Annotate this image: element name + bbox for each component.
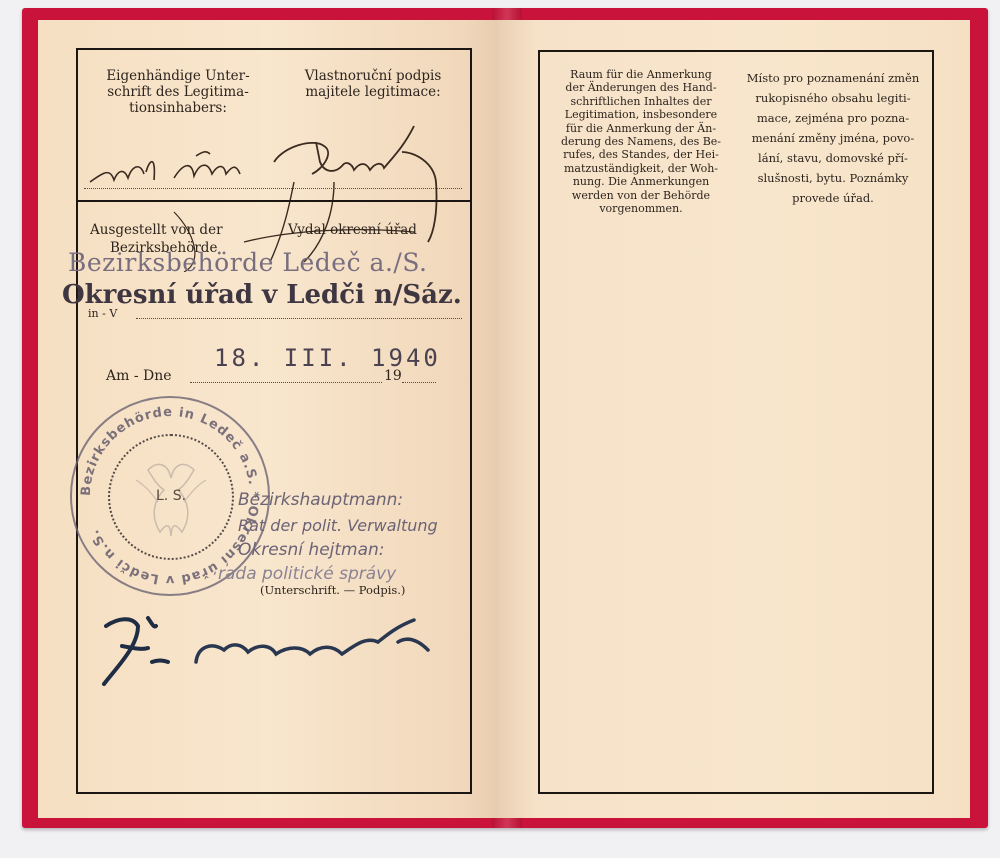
text-line: werden von der Behörde xyxy=(548,189,734,202)
text-line: provede úřad. xyxy=(740,188,926,208)
text-line: rufes, des Standes, der Hei- xyxy=(548,148,734,161)
label-line: Eigenhändige Unter- xyxy=(88,68,268,84)
text-line: der Änderungen des Hand- xyxy=(548,81,734,94)
date-dotted-line xyxy=(190,382,382,383)
text-line: matzuständigkeit, der Woh- xyxy=(548,162,734,175)
left-page: Eigenhändige Unter- schrift des Legitima… xyxy=(38,20,498,818)
text-line: schriftlichen Inhaltes der xyxy=(548,95,734,108)
signature-caption: (Unterschrift. — Podpis.) xyxy=(260,582,405,598)
place-dotted-line xyxy=(136,318,462,319)
notes-instructions-czech: Místo pro poznamenání změn rukopisného o… xyxy=(740,68,926,208)
label-line: majitele legitimace: xyxy=(278,84,468,100)
text-line: rukopisného obsahu legiti- xyxy=(740,88,926,108)
seal-center-text: L. S. xyxy=(156,488,186,504)
text-line: mace, zejména pro pozna- xyxy=(740,108,926,128)
in-label: in - V xyxy=(88,306,117,322)
label-line: tionsinhabers: xyxy=(88,100,268,116)
official-title-line-4: rada politické správy xyxy=(218,564,396,584)
official-title-line-2: Rat der polit. Verwaltung xyxy=(238,516,438,535)
authority-stamp-german: Bezirksbehörde Ledeč a./S. xyxy=(68,248,428,277)
seal-inner-circle: L. S. xyxy=(108,434,234,560)
signature-label-czech: Vlastnoruční podpis majitele legitimace: xyxy=(278,68,468,100)
section-divider xyxy=(78,200,470,202)
date-stamp: 18. III. 1940 xyxy=(214,344,441,372)
authority-stamp-czech: Okresní úřad v Ledči n/Sáz. xyxy=(62,280,462,310)
date-label: Am - Dne xyxy=(106,368,172,384)
text-line: lání, stavu, domovské pří- xyxy=(740,148,926,168)
signature-label-german: Eigenhändige Unter- schrift des Legitima… xyxy=(88,68,268,116)
official-signature xyxy=(98,606,468,696)
right-page-frame: Raum für die Anmerkung der Änderungen de… xyxy=(538,50,934,794)
issued-label-czech: Vydal okresní úřad xyxy=(288,222,417,238)
text-line: Legitimation, insbesondere xyxy=(548,108,734,121)
text-line: nung. Die Anmerkungen xyxy=(548,175,734,188)
year-dotted-line xyxy=(402,382,436,383)
text-line: Raum für die Anmerkung xyxy=(548,68,734,81)
label-line: schrift des Legitima- xyxy=(88,84,268,100)
text-line: derung des Namens, des Be- xyxy=(548,135,734,148)
official-title-line-1: Bezirkshauptmann: xyxy=(238,490,403,510)
text-line: vorgenommen. xyxy=(548,202,734,215)
year-prefix: 19 xyxy=(384,368,402,384)
text-line: menání změny jména, povo- xyxy=(740,128,926,148)
signature-dotted-line xyxy=(84,188,462,189)
right-page: Raum für die Anmerkung der Änderungen de… xyxy=(498,20,970,818)
left-page-frame: Eigenhändige Unter- schrift des Legitima… xyxy=(76,48,472,794)
text-line: Místo pro poznamenání změn xyxy=(740,68,926,88)
label-line: Vlastnoruční podpis xyxy=(278,68,468,84)
notes-instructions-german: Raum für die Anmerkung der Änderungen de… xyxy=(548,68,734,215)
official-title-line-3: Okresní hejtman: xyxy=(238,540,385,560)
issued-label-german: Ausgestellt von der xyxy=(90,222,223,238)
text-line: für die Anmerkung der Än- xyxy=(548,122,734,135)
text-line: slušnosti, bytu. Poznámky xyxy=(740,168,926,188)
